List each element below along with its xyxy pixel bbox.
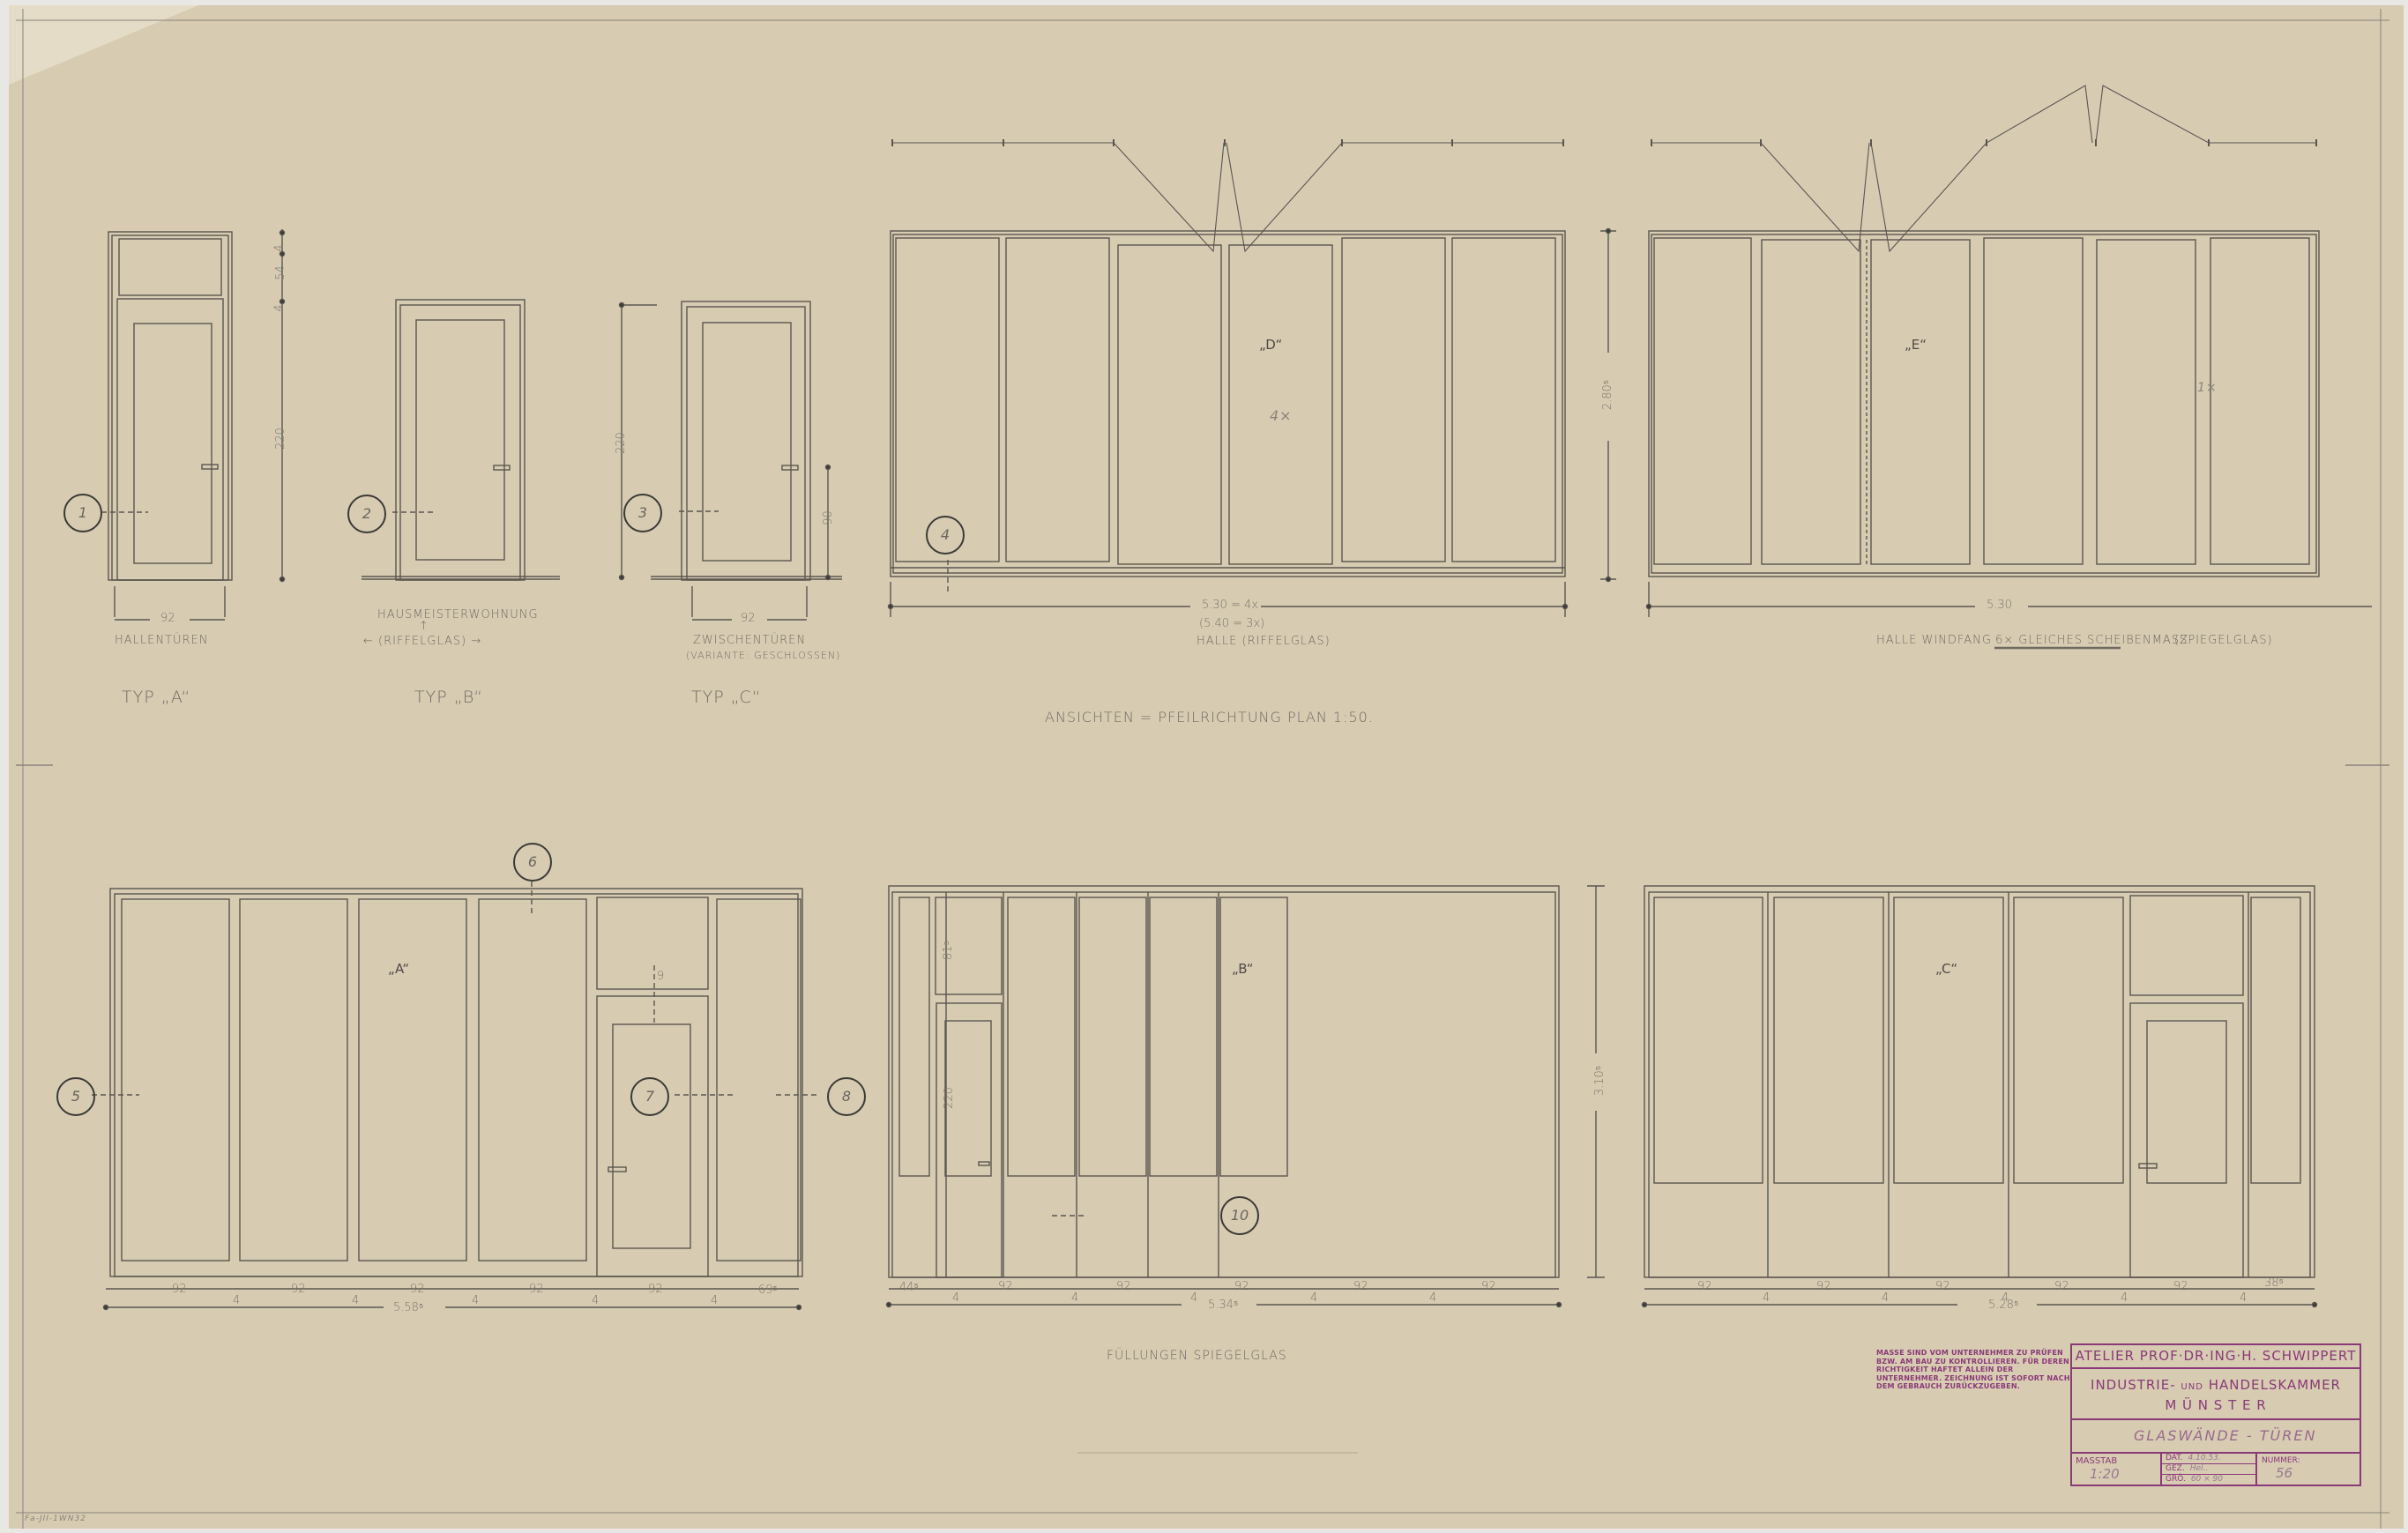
wall-d-width-dim-alt: (5.40 = 3x) xyxy=(1199,617,1264,630)
scale-label: MASSTAB xyxy=(2076,1456,2157,1466)
wall-c-tag: „C“ xyxy=(1935,961,1957,977)
door-b-type: TYP „B“ xyxy=(414,688,483,707)
wall-c-bay-2: 92 xyxy=(1816,1280,1831,1293)
wall-c-bay-6: 38⁵ xyxy=(2264,1276,2284,1290)
wall-bc-height-dim: 3.10⁵ xyxy=(1592,1066,1607,1096)
door-c-type: TYP „C“ xyxy=(691,688,762,707)
door-a-height-dim-top: 4 xyxy=(273,244,287,251)
wall-b-bay-2: 92 xyxy=(998,1280,1013,1293)
callout-1: 1 xyxy=(63,494,102,532)
callout-4: 4 xyxy=(926,516,965,554)
door-c-width-dim: 92 xyxy=(741,612,756,625)
door-c-height-dim: 220 xyxy=(615,432,628,454)
wall-c-mullion-1: 4 xyxy=(1763,1291,1770,1305)
door-c-subtitle: (VARIANTE: GESCHLOSSEN) xyxy=(686,650,840,661)
door-type-c-drawing xyxy=(620,301,843,620)
date-row: DAT.4.10.53. xyxy=(2162,1454,2255,1464)
callout-10: 10 xyxy=(1220,1196,1259,1235)
wall-a-elevation xyxy=(92,882,820,1310)
wall-d-width-dim: 5.30 = 4x xyxy=(1202,599,1258,612)
office-name: ATELIER PROF·DR·ING·H. SCHWIPPERT xyxy=(2072,1345,2360,1369)
door-c-title: ZWISCHENTÜREN xyxy=(693,634,806,647)
wall-d-caption: HALLE (RIFFELGLAS) xyxy=(1197,635,1331,648)
wall-b-door-dim: 220 xyxy=(943,1087,956,1109)
meta-cell: DAT.4.10.53. GEZ.Hel.. GRÖ.60 × 90 xyxy=(2162,1454,2257,1485)
wall-b-bay-5: 92 xyxy=(1353,1280,1368,1293)
wall-c-mullion-5: 4 xyxy=(2240,1291,2247,1305)
wall-b-tag: „B“ xyxy=(1232,961,1253,977)
callout-2: 2 xyxy=(347,495,386,533)
wall-b-bay-3: 92 xyxy=(1116,1280,1131,1293)
wall-a-mullion-1: 4 xyxy=(233,1294,240,1307)
door-a-height-dim-gap: 4 xyxy=(273,304,287,311)
wall-b-bay-6: 92 xyxy=(1481,1280,1496,1293)
door-a-height-dim-transom: 54 xyxy=(274,265,287,280)
scale-cell: MASSTAB 1:20 xyxy=(2072,1454,2162,1485)
wall-e-caption-right: (SPIEGELGLAS) xyxy=(2174,634,2273,647)
wall-c-bay-4: 92 xyxy=(2054,1280,2069,1293)
wall-e-count-note: 1× xyxy=(2197,381,2218,395)
wall-c-mullion-4: 4 xyxy=(2121,1291,2128,1305)
wall-b-mullion-3: 4 xyxy=(1190,1291,1197,1305)
door-a-title: HALLENTÜREN xyxy=(115,634,209,647)
wall-b-mullion-5: 4 xyxy=(1429,1291,1436,1305)
wall-a-bay-4: 92 xyxy=(529,1283,544,1296)
wall-b-mullion-1: 4 xyxy=(952,1291,959,1305)
door-type-a-drawing xyxy=(101,229,285,620)
wall-c-elevation xyxy=(1643,886,2317,1307)
wall-b-elevation xyxy=(887,886,1562,1307)
client-name: INDUSTRIE- UND HANDELSKAMMER M Ü N S T E… xyxy=(2072,1369,2360,1420)
wall-d-elevation xyxy=(889,231,1568,617)
number-value: 56 xyxy=(2262,1465,2355,1481)
wall-e-tag: „E“ xyxy=(1905,337,1927,353)
callout-8: 8 xyxy=(827,1077,866,1116)
callout-3: 3 xyxy=(623,494,662,532)
wall-a-tag: „A“ xyxy=(388,961,409,977)
callout-5: 5 xyxy=(56,1077,95,1116)
wall-b-bay-4: 92 xyxy=(1234,1280,1249,1293)
number-label: NUMMER: xyxy=(2262,1456,2355,1465)
door-c-handle-dim: 90 xyxy=(822,510,835,525)
corner-archive-note: Fa-JII-1WN32 xyxy=(25,1514,86,1523)
wall-c-bay-5: 92 xyxy=(2173,1280,2188,1293)
client-line1c: HANDELSKAMMER xyxy=(2209,1377,2341,1393)
wall-a-small-dim: 9 xyxy=(657,970,664,983)
number-cell: NUMMER: 56 xyxy=(2257,1454,2360,1485)
drawing-title: GLASWÄNDE - TÜREN xyxy=(2072,1420,2360,1454)
wall-e-caption-mid: 6× GLEICHES SCHEIBENMASZ xyxy=(1995,634,2188,647)
door-b-arrow: ↑ xyxy=(419,620,429,633)
plan-e-folding-sketch xyxy=(1651,86,2316,251)
wall-c-total: 5.28⁵ xyxy=(1988,1298,2018,1312)
wall-a-bay-3: 92 xyxy=(410,1283,425,1296)
scale-value: 1:20 xyxy=(2076,1466,2157,1482)
wall-a-total: 5.58⁵ xyxy=(393,1300,423,1314)
client-line1b: UND xyxy=(2181,1382,2203,1392)
wall-a-bay-2: 92 xyxy=(291,1283,306,1296)
door-a-width-dim: 92 xyxy=(160,612,175,625)
wall-b-mullion-4: 4 xyxy=(1310,1291,1317,1305)
door-type-b-drawing xyxy=(362,300,560,580)
drawn-row: GEZ.Hel.. xyxy=(2162,1464,2255,1475)
wall-a-mullion-5: 4 xyxy=(711,1294,718,1307)
wall-a-mullion-4: 4 xyxy=(592,1294,599,1307)
door-a-height-dim-main: 220 xyxy=(274,428,287,450)
wall-d-count-note: 4× xyxy=(1270,407,1293,424)
door-a-type: TYP „A“ xyxy=(122,688,190,707)
wall-b-bay-1: 44⁵ xyxy=(899,1280,919,1294)
wall-d-tag: „D“ xyxy=(1259,337,1282,353)
bottom-section-caption: FÜLLUNGEN SPIEGELGLAS xyxy=(1107,1349,1287,1363)
wall-a-bay-6: 69⁵ xyxy=(758,1283,778,1297)
wall-e-caption-left: HALLE WINDFANG xyxy=(1876,634,1992,647)
wall-b-total: 5.34⁵ xyxy=(1208,1298,1238,1312)
wall-c-mullion-2: 4 xyxy=(1882,1291,1889,1305)
callout-7: 7 xyxy=(630,1077,669,1116)
wall-e-width-dim: 5.30 xyxy=(1987,599,2012,612)
wall-b-mullion-2: 4 xyxy=(1071,1291,1078,1305)
wall-de-height-dim: 2.80⁵ xyxy=(1600,380,1614,410)
top-section-caption: ANSICHTEN = PFEILRICHTUNG PLAN 1:50. xyxy=(1045,709,1374,726)
wall-e-elevation xyxy=(1647,231,2373,617)
wall-a-bay-5: 92 xyxy=(648,1283,663,1296)
size-row: GRÖ.60 × 90 xyxy=(2162,1475,2255,1485)
client-city: M Ü N S T E R xyxy=(2165,1397,2266,1413)
callout-6: 6 xyxy=(513,843,552,882)
wall-a-mullion-2: 4 xyxy=(352,1294,359,1307)
wall-c-bay-3: 92 xyxy=(1935,1280,1950,1293)
contractor-notes: MASSE SIND VOM UNTERNEHMER ZU PRÜFEN BZW… xyxy=(1876,1349,2070,1391)
client-line1a: INDUSTRIE- xyxy=(2091,1377,2176,1393)
door-b-title: HAUSMEISTERWOHNUNG xyxy=(377,608,539,621)
title-block: ATELIER PROF·DR·ING·H. SCHWIPPERT INDUST… xyxy=(2070,1343,2361,1486)
wall-c-bay-1: 92 xyxy=(1697,1280,1712,1293)
wall-a-mullion-3: 4 xyxy=(472,1294,479,1307)
door-b-subtitle: ← (RIFFELGLAS) → xyxy=(363,635,481,648)
wall-b-transom-dim: 81⁵ xyxy=(941,941,955,960)
wall-a-bay-1: 92 xyxy=(172,1283,187,1296)
drawing-linework xyxy=(0,0,2408,1533)
